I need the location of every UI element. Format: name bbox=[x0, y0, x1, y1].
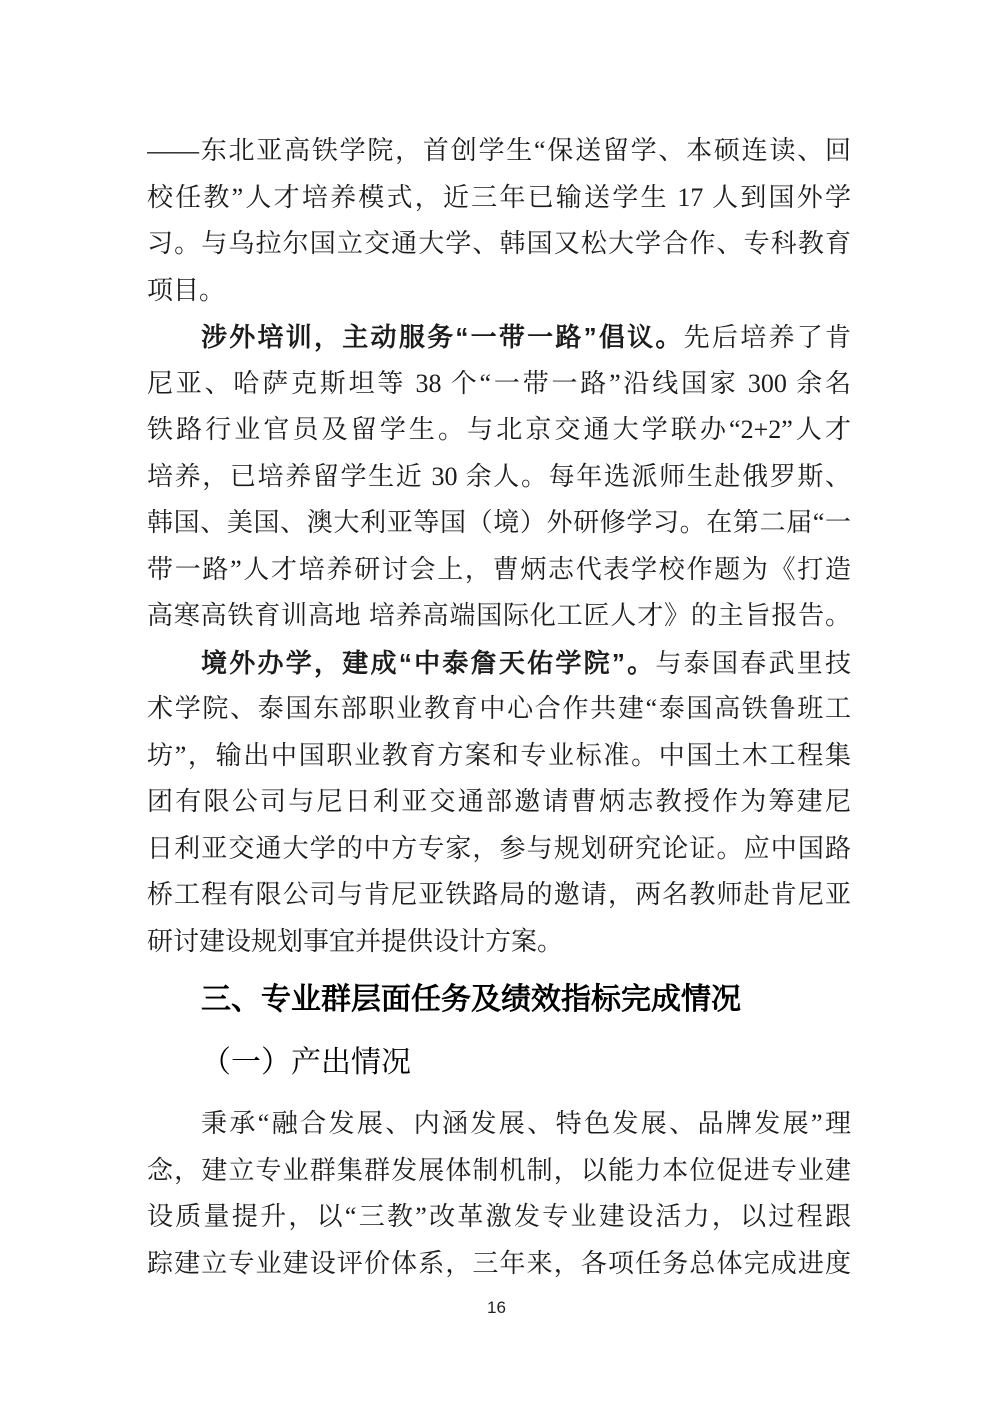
text-segment: 坊”，输出中国职业教育方案和专业标准。中国土木工程集 bbox=[147, 741, 851, 770]
text-line: 日利亚交通大学的中方专家，参与规划研究论证。应中国路 bbox=[147, 826, 851, 873]
text-segment: 培养，已培养留学生近 30 余人。每年选派师生赴俄罗斯、 bbox=[147, 462, 851, 491]
text-line: 团有限公司与尼日利亚交通部邀请曹炳志教授作为筹建尼 bbox=[147, 779, 851, 826]
section-heading-three: 三、专业群层面任务及绩效指标完成情况 bbox=[147, 977, 851, 1024]
document-page: ——东北亚高铁学院，首创学生“保送留学、本硕连读、回校任教”人才培养模式，近三年… bbox=[0, 0, 993, 1404]
text-line: 坊”，输出中国职业教育方案和专业标准。中国土木工程集 bbox=[147, 733, 851, 780]
para-foreign-training: 涉外培训，主动服务“一带一路”倡议。先后培养了肯尼亚、哈萨克斯坦等 38 个“一… bbox=[147, 314, 851, 640]
text-segment: 校任教”人才培养模式，近三年已输送学生 17 人到国外学 bbox=[147, 183, 851, 212]
text-line: 培养，已培养留学生近 30 余人。每年选派师生赴俄罗斯、 bbox=[147, 454, 851, 501]
text-line: 桥工程有限公司与肯尼亚铁路局的邀请，两名教师赴肯尼亚 bbox=[147, 872, 851, 919]
text-segment: 项目。 bbox=[147, 276, 225, 305]
text-line: 带一路”人才培养研讨会上，曹炳志代表学校作题为《打造 bbox=[147, 547, 851, 594]
text-line: 术学院、泰国东部职业教育中心合作共建“泰国高铁鲁班工 bbox=[147, 686, 851, 733]
document-content: ——东北亚高铁学院，首创学生“保送留学、本硕连读、回校任教”人才培养模式，近三年… bbox=[147, 128, 851, 1287]
text-segment: 团有限公司与尼日利亚交通部邀请曹炳志教授作为筹建尼 bbox=[147, 787, 851, 816]
bold-text-segment: 三、专业群层面任务及绩效指标完成情况 bbox=[201, 983, 741, 1016]
text-line: 境外办学，建成“中泰詹天佑学院”。与泰国春武里技 bbox=[147, 640, 851, 687]
text-line: 秉承“融合发展、内涵发展、特色发展、品牌发展”理 bbox=[147, 1101, 851, 1148]
text-line: 韩国、美国、澳大利亚等国（境）外研修学习。在第二届“一 bbox=[147, 500, 851, 547]
text-line: 研讨建设规划事宜并提供设计方案。 bbox=[147, 919, 851, 966]
bold-text-segment: 境外办学，建成“中泰詹天佑学院”。 bbox=[201, 648, 655, 678]
text-segment: 踪建立专业建设评价体系，三年来，各项任务总体完成进度 bbox=[147, 1249, 851, 1278]
text-line: ——东北亚高铁学院，首创学生“保送留学、本硕连读、回 bbox=[147, 128, 851, 175]
text-segment: 术学院、泰国东部职业教育中心合作共建“泰国高铁鲁班工 bbox=[147, 694, 851, 723]
text-segment: ——东北亚高铁学院，首创学生“保送留学、本硕连读、回 bbox=[147, 136, 851, 165]
text-segment: 与泰国春武里技 bbox=[655, 649, 851, 678]
para-output-overview: 秉承“融合发展、内涵发展、特色发展、品牌发展”理念，建立专业群集群发展体制机制，… bbox=[147, 1101, 851, 1287]
bold-text-segment: 涉外培训，主动服务“一带一路”倡议。 bbox=[201, 322, 684, 352]
text-line: 念，建立专业群集群发展体制机制，以能力本位促进专业建 bbox=[147, 1148, 851, 1195]
para-northeast-asia-hsr-college: ——东北亚高铁学院，首创学生“保送留学、本硕连读、回校任教”人才培养模式，近三年… bbox=[147, 128, 851, 314]
subsection-heading-one: （一）产出情况 bbox=[147, 1040, 851, 1087]
text-segment: 念，建立专业群集群发展体制机制，以能力本位促进专业建 bbox=[147, 1156, 851, 1185]
text-line: 踪建立专业建设评价体系，三年来，各项任务总体完成进度 bbox=[147, 1241, 851, 1288]
text-segment: 尼亚、哈萨克斯坦等 38 个“一带一路”沿线国家 300 余名 bbox=[147, 369, 851, 398]
text-segment: 高寒高铁育训高地 培养高端国际化工匠人才》的主旨报告。 bbox=[147, 601, 851, 630]
text-segment: 带一路”人才培养研讨会上，曹炳志代表学校作题为《打造 bbox=[147, 555, 851, 584]
text-line: 尼亚、哈萨克斯坦等 38 个“一带一路”沿线国家 300 余名 bbox=[147, 361, 851, 408]
text-line: 铁路行业官员及留学生。与北京交通大学联办“2+2”人才 bbox=[147, 407, 851, 454]
text-segment: 秉承“融合发展、内涵发展、特色发展、品牌发展”理 bbox=[201, 1109, 851, 1138]
text-segment: 研讨建设规划事宜并提供设计方案。 bbox=[147, 927, 563, 956]
text-segment: 习。与乌拉尔国立交通大学、韩国又松大学合作、专科教育 bbox=[147, 229, 851, 258]
text-line: 校任教”人才培养模式，近三年已输送学生 17 人到国外学 bbox=[147, 175, 851, 222]
text-segment: 设质量提升，以“三教”改革激发专业建设活力，以过程跟 bbox=[147, 1202, 851, 1231]
text-segment: 先后培养了肯 bbox=[684, 323, 851, 352]
text-segment: 韩国、美国、澳大利亚等国（境）外研修学习。在第二届“一 bbox=[147, 508, 851, 537]
text-line: 涉外培训，主动服务“一带一路”倡议。先后培养了肯 bbox=[147, 314, 851, 361]
page-number: 16 bbox=[487, 1298, 506, 1317]
text-line: 设质量提升，以“三教”改革激发专业建设活力，以过程跟 bbox=[147, 1194, 851, 1241]
text-line: 三、专业群层面任务及绩效指标完成情况 bbox=[147, 977, 851, 1024]
text-line: 习。与乌拉尔国立交通大学、韩国又松大学合作、专科教育 bbox=[147, 221, 851, 268]
para-overseas-campus: 境外办学，建成“中泰詹天佑学院”。与泰国春武里技术学院、泰国东部职业教育中心合作… bbox=[147, 640, 851, 966]
text-segment: 日利亚交通大学的中方专家，参与规划研究论证。应中国路 bbox=[147, 834, 851, 863]
text-segment: 桥工程有限公司与肯尼亚铁路局的邀请，两名教师赴肯尼亚 bbox=[147, 880, 851, 909]
text-line: （一）产出情况 bbox=[147, 1040, 851, 1087]
text-line: 高寒高铁育训高地 培养高端国际化工匠人才》的主旨报告。 bbox=[147, 593, 851, 640]
text-segment: 铁路行业官员及留学生。与北京交通大学联办“2+2”人才 bbox=[147, 415, 851, 444]
text-segment: （一）产出情况 bbox=[201, 1046, 411, 1079]
page-footer: 16 bbox=[0, 1298, 993, 1318]
text-line: 项目。 bbox=[147, 268, 851, 315]
